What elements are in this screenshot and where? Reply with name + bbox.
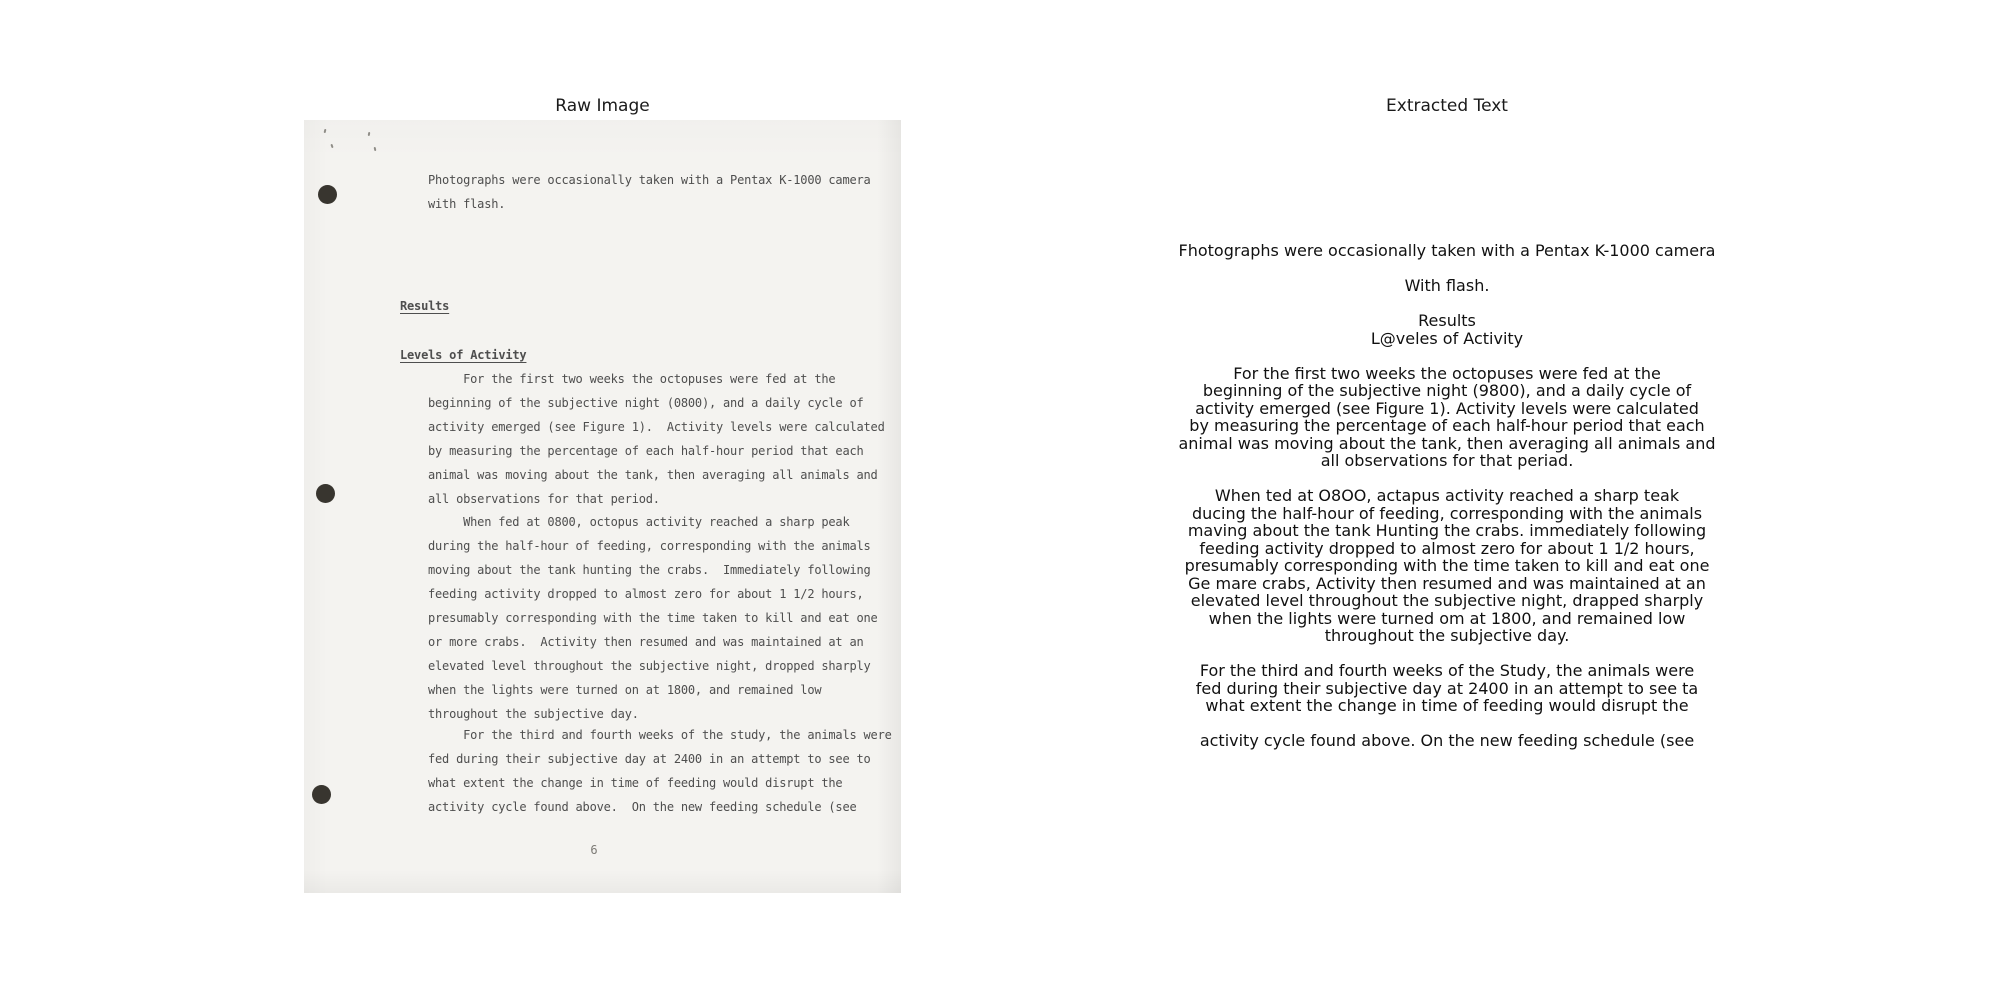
extracted-paragraph-7: activity cycle found above. On the new f… — [1147, 732, 1747, 750]
text-line: Photographs were occasionally taken with… — [428, 168, 871, 192]
text-line: what extent the change in time of feedin… — [428, 771, 892, 795]
scan-paragraph-2: When fed at 0800, octopus activity reach… — [428, 510, 878, 726]
text-line: fed during their subjective day at 2400 … — [1147, 680, 1747, 698]
scan-intro-paragraph: Photographs were occasionally taken with… — [428, 168, 871, 216]
text-line: L@veles of Activity — [1147, 330, 1747, 348]
text-line: When fed at 0800, octopus activity reach… — [428, 510, 878, 534]
extracted-paragraph-1: Fhotographs were occasionally taken with… — [1147, 242, 1747, 260]
extracted-text-title: Extracted Text — [1147, 96, 1747, 116]
text-line: presumably corresponding with the time t… — [428, 606, 878, 630]
text-line: When ted at O8OO, actapus activity reach… — [1147, 487, 1747, 505]
text-line: feeding activity dropped to almost zero … — [1147, 540, 1747, 558]
text-line: throughout the subjective day. — [1147, 627, 1747, 645]
text-line: ducing the half-hour of feeding, corresp… — [1147, 505, 1747, 523]
text-line: Results — [1147, 312, 1747, 330]
text-line: beginning of the subjective night (9800)… — [1147, 382, 1747, 400]
extracted-text-body: Fhotographs were occasionally taken with… — [1147, 242, 1747, 767]
extracted-paragraph-3: ResultsL@veles of Activity — [1147, 312, 1747, 347]
text-line: all observations for that period. — [428, 487, 885, 511]
text-line: by measuring the percentage of each half… — [1147, 417, 1747, 435]
paper-speckle — [324, 129, 327, 133]
text-line: activity cycle found above. On the new f… — [428, 795, 892, 819]
text-line: For the first two weeks the octopuses we… — [428, 367, 885, 391]
paper-speckle — [368, 132, 371, 136]
text-line: Ge mare crabs, Activity then resumed and… — [1147, 575, 1747, 593]
extracted-paragraph-5: When ted at O8OO, actapus activity reach… — [1147, 487, 1747, 645]
text-line: activity cycle found above. On the new f… — [1147, 732, 1747, 750]
paper-speckle — [330, 144, 333, 148]
text-line: fed during their subjective day at 2400 … — [428, 747, 892, 771]
extracted-paragraph-2: With flash. — [1147, 277, 1747, 295]
scan-heading-levels-of-activity: Levels of Activity — [400, 343, 526, 367]
text-line: all observations for that periad. — [1147, 452, 1747, 470]
text-line: For the third and fourth weeks of the St… — [1147, 662, 1747, 680]
text-line: by measuring the percentage of each half… — [428, 439, 885, 463]
text-line: activity emerged (see Figure 1). Activit… — [428, 415, 885, 439]
text-line: animal was moving about the tank, then a… — [1147, 435, 1747, 453]
extracted-paragraph-4: For the first two weeks the octopuses we… — [1147, 365, 1747, 470]
text-line: with flash. — [428, 192, 871, 216]
scan-paragraph-3: For the third and fourth weeks of the st… — [428, 723, 892, 819]
scanned-page: Photographs were occasionally taken with… — [304, 120, 901, 893]
hole-punch-dot-top — [318, 185, 337, 204]
paper-speckle — [374, 147, 377, 151]
hole-punch-dot-middle — [316, 484, 335, 503]
raw-image-title: Raw Image — [304, 96, 901, 116]
text-line: what extent the change in time of feedin… — [1147, 697, 1747, 715]
text-line: elevated level throughout the subjective… — [428, 654, 878, 678]
text-line: Fhotographs were occasionally taken with… — [1147, 242, 1747, 260]
text-line: With flash. — [1147, 277, 1747, 295]
text-line: or more crabs. Activity then resumed and… — [428, 630, 878, 654]
text-line: For the first two weeks the octopuses we… — [1147, 365, 1747, 383]
scan-page-number: 6 — [304, 843, 884, 857]
text-line: beginning of the subjective night (0800)… — [428, 391, 885, 415]
hole-punch-dot-bottom — [312, 785, 331, 804]
text-line: activity emerged (see Figure 1). Activit… — [1147, 400, 1747, 418]
text-line: For the third and fourth weeks of the st… — [428, 723, 892, 747]
text-line: during the half-hour of feeding, corresp… — [428, 534, 878, 558]
text-line: when the lights were turned om at 1800, … — [1147, 610, 1747, 628]
text-line: elevated level throughout the subjective… — [1147, 592, 1747, 610]
text-line: moving about the tank hunting the crabs.… — [428, 558, 878, 582]
scan-heading-results: Results — [400, 294, 449, 318]
scan-paragraph-1: For the first two weeks the octopuses we… — [428, 367, 885, 511]
text-line: presumably corresponding with the time t… — [1147, 557, 1747, 575]
text-line: when the lights were turned on at 1800, … — [428, 678, 878, 702]
text-line: feeding activity dropped to almost zero … — [428, 582, 878, 606]
text-line: maving about the tank Hunting the crabs.… — [1147, 522, 1747, 540]
extracted-paragraph-6: For the third and fourth weeks of the St… — [1147, 662, 1747, 715]
text-line: animal was moving about the tank, then a… — [428, 463, 885, 487]
